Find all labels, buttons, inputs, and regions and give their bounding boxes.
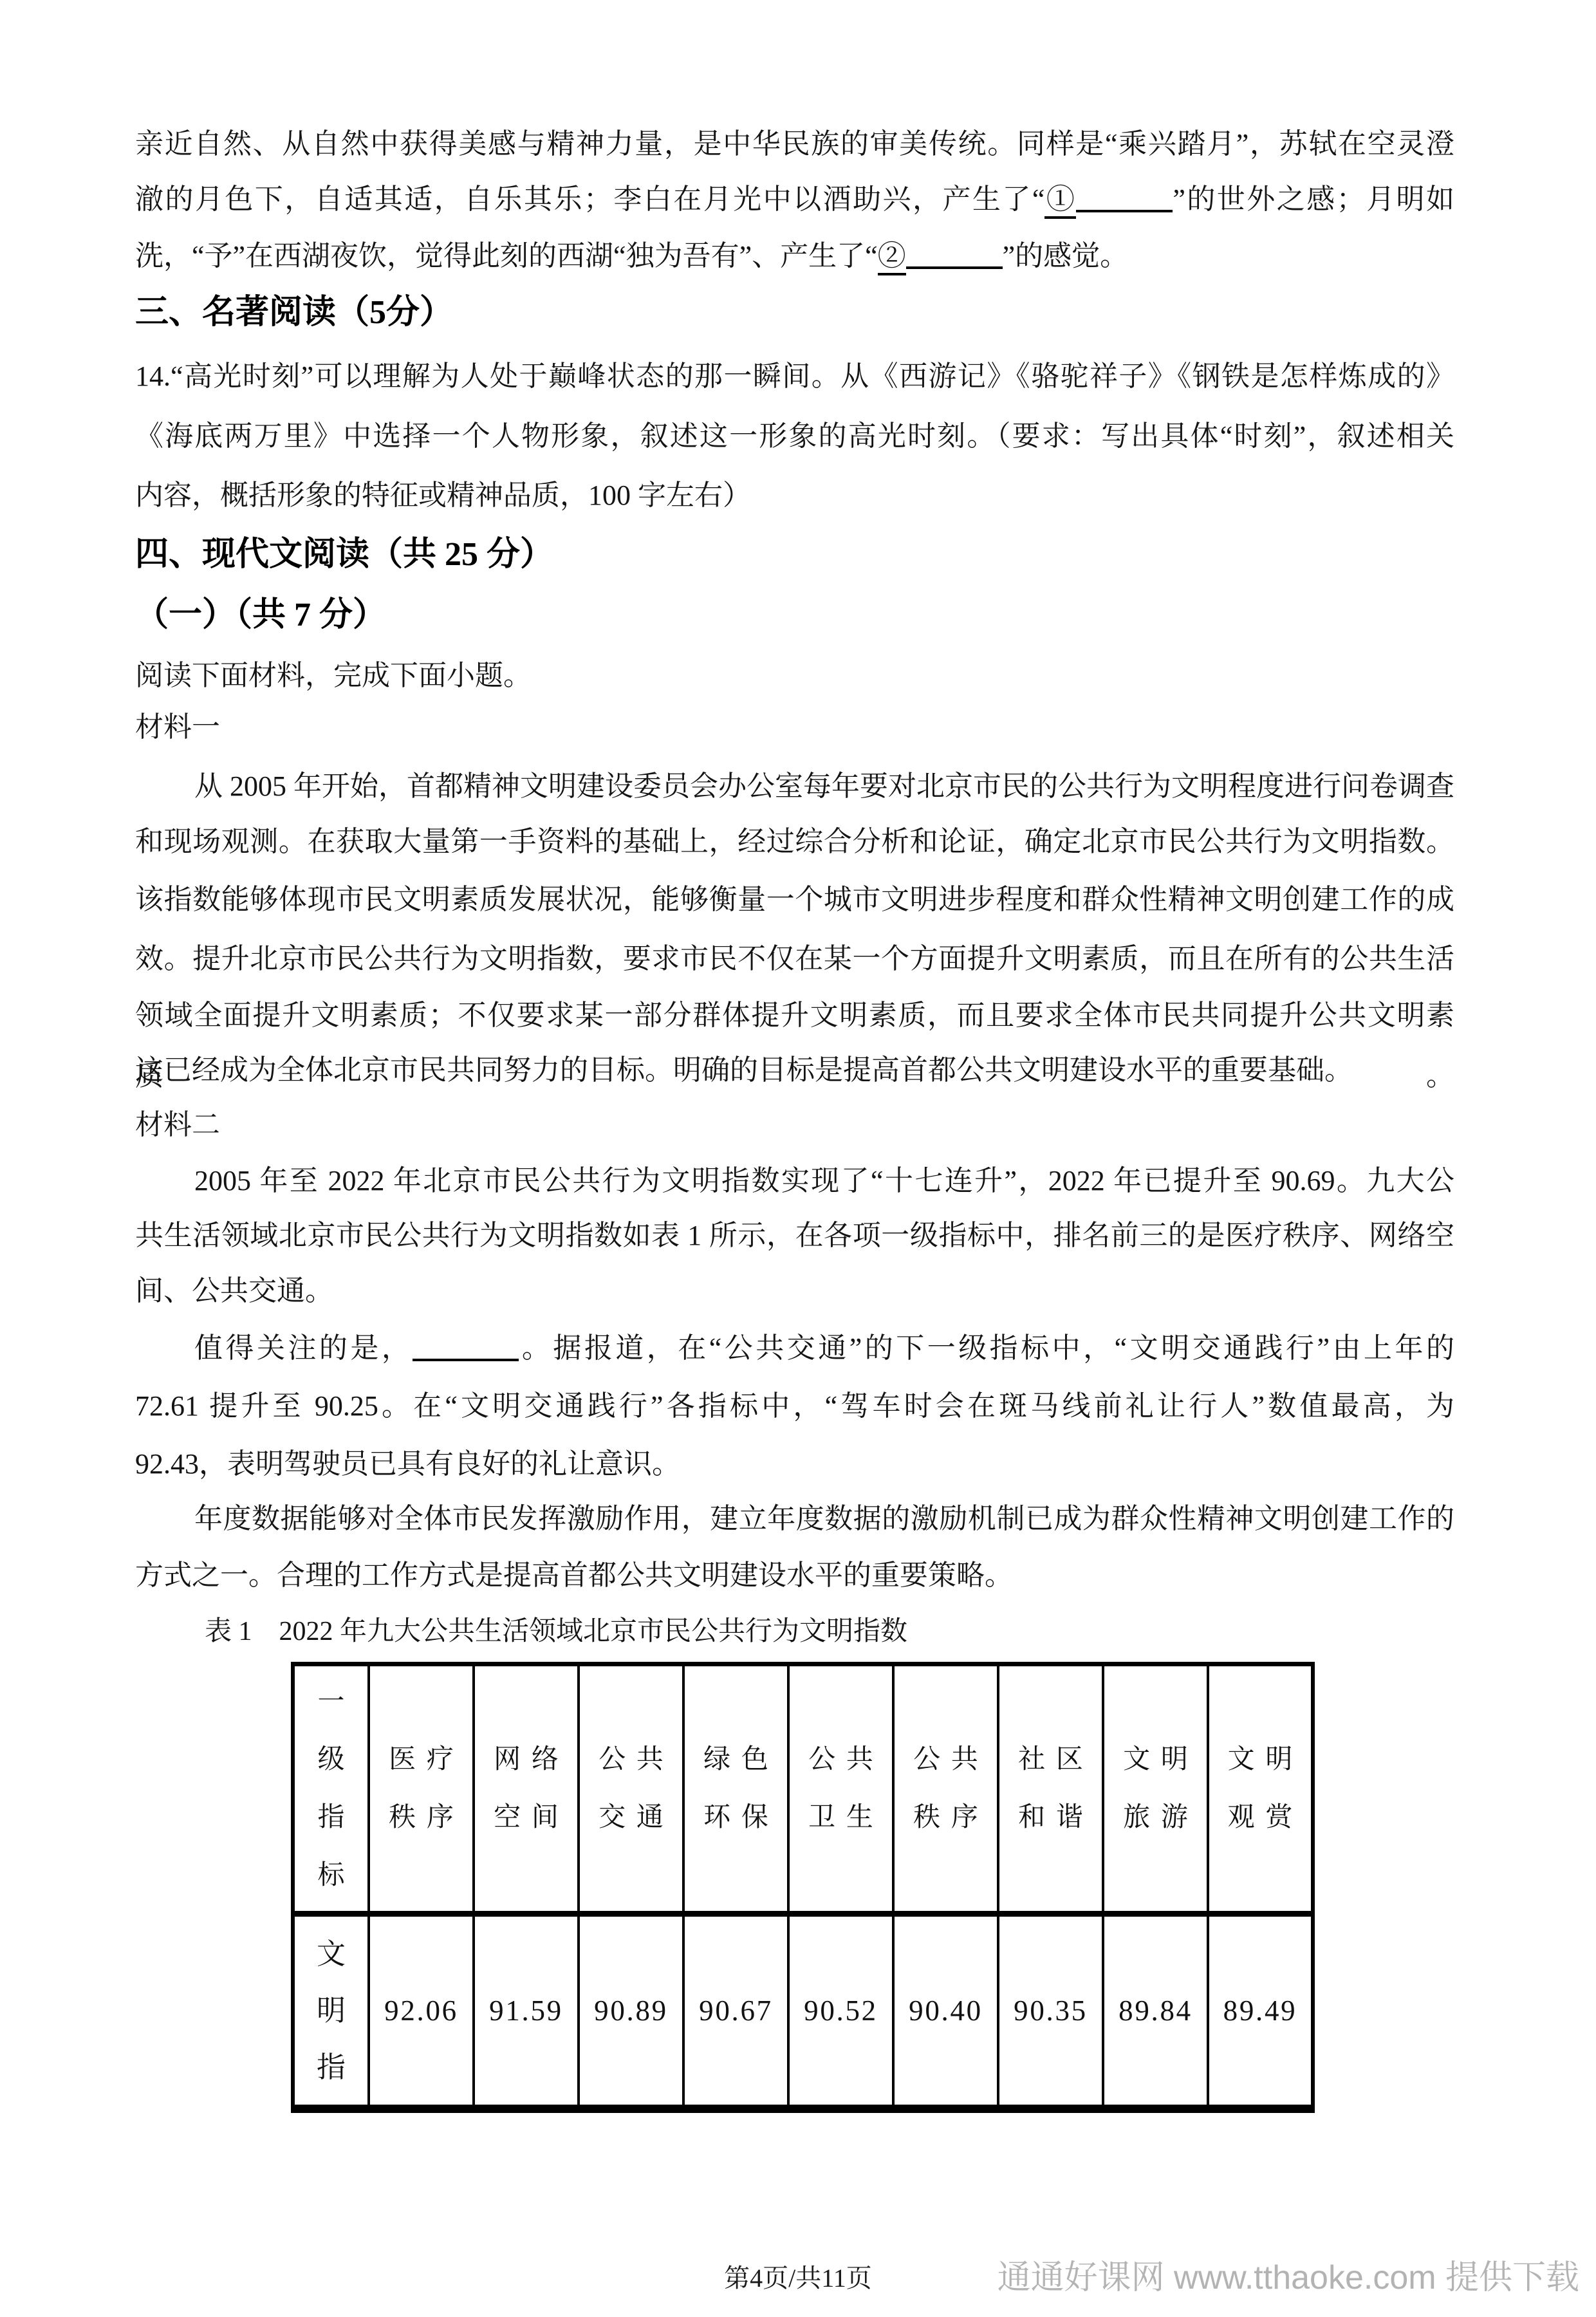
text-segment: 亲近自然、从自然中获得美感与精神力量，是中华民族的审美传统。同样是“乘兴踏月”，…: [135, 128, 1454, 160]
cell-text: 秩序: [389, 1803, 465, 1832]
body-line: 该指数能够体现市民文明素质发展状况，能够衡量一个城市文明进步程度和群众性精神文明…: [135, 870, 1454, 930]
body-line: 从 2005 年开始，首都精神文明建设委员会办公室每年要对北京市民的公共行为文明…: [135, 756, 1454, 817]
cell-text: 和谐: [1018, 1803, 1094, 1832]
table-header-cell: 一级指标: [293, 1664, 369, 1914]
body-line: 年度数据能够对全体市民发挥激励作用，建立年度数据的激励机制已成为群众性精神文明创…: [135, 1489, 1454, 1549]
section-heading-3: 三、名著阅读（5分）: [135, 283, 1454, 343]
answer-blank: [906, 260, 1003, 269]
body-line: 这已经成为全体北京市民共同努力的目标。明确的目标是提高首都公共文明建设水平的重要…: [135, 1040, 1454, 1101]
text-segment: 年度数据能够对全体市民发挥激励作用，建立年度数据的激励机制已成为群众性精神文明创…: [194, 1503, 1454, 1534]
text-segment: 92.43，表明驾驶员已具有良好的礼让意识。: [135, 1448, 680, 1480]
table-header-cell: 社区和谐: [998, 1664, 1103, 1914]
circled-number: ②: [878, 240, 906, 275]
index-value: 90.67: [699, 1995, 773, 2027]
answer-blank: [413, 1352, 519, 1361]
table-header-cell: 公共卫生: [788, 1664, 893, 1914]
text-segment: （一）（共 7 分）: [135, 597, 386, 633]
cell-text: 公共: [808, 1745, 884, 1774]
text-segment: 四、现代文阅读（共 25 分）: [135, 536, 553, 573]
text-segment: 洗，“予”在西湖夜饮，觉得此刻的西湖“独为吾有”、产生了“: [135, 240, 878, 272]
cell-text: 公共: [913, 1745, 989, 1774]
text-segment: ”的感觉。: [1003, 240, 1129, 272]
table-value-cell: 90.40: [893, 1914, 998, 2109]
index-value: 89.49: [1223, 1995, 1297, 2027]
text-segment: 三、名著阅读（5分）: [135, 294, 453, 331]
body-line: 共生活领域北京市民公共行为文明指数如表 1 所示，在各项一级指标中，排名前三的是…: [135, 1205, 1454, 1266]
index-value: 90.35: [1014, 1995, 1088, 2027]
cell-text: 指: [317, 2051, 346, 2083]
cell-text: 观赏: [1228, 1803, 1304, 1832]
body-line: 效。提升北京市民公共行为文明指数，要求市民不仅在某一个方面提升文明素质，而且在所…: [135, 929, 1454, 989]
body-line: 72.61 提升至 90.25。在“文明交通践行”各指标中，“驾车时会在斑马线前…: [135, 1376, 1454, 1437]
text-segment: 间、公共交通。: [135, 1275, 333, 1307]
text-segment: 72.61 提升至 90.25。在“文明交通践行”各指标中，“驾车时会在斑马线前…: [135, 1390, 1454, 1422]
table-value-cell: 89.84: [1103, 1914, 1208, 2109]
body-line: 内容，概括形象的特征或精神品质，100 字左右）: [135, 465, 1454, 526]
cell-text: 标: [317, 1861, 344, 1890]
body-line: 和现场观测。在获取大量第一手资料的基础上，经过综合分析和论证，确定北京市民公共行…: [135, 812, 1454, 872]
index-value: 89.84: [1118, 1995, 1192, 2027]
table-header-cell: 文明旅游: [1103, 1664, 1208, 1914]
table-value-cell: 92.06: [369, 1914, 474, 2109]
civility-index-table: 一级指标医疗秩序网络空间公共交通绿色环保公共卫生公共秩序社区和谐文明旅游文明观赏…: [291, 1662, 1315, 2113]
cell-text: 秩序: [913, 1803, 989, 1832]
body-line: 澈的月色下，自适其适，自乐其乐；李白在月光中以酒助兴，产生了“①”的世外之感；月…: [135, 169, 1454, 230]
table-header-row: 一级指标医疗秩序网络空间公共交通绿色环保公共卫生公共秩序社区和谐文明旅游文明观赏: [293, 1664, 1313, 1914]
table-caption: 表 1 2022 年九大公共生活领域北京市民公共行为文明指数: [135, 1601, 1454, 1662]
table-header-cell: 公共秩序: [893, 1664, 998, 1914]
table-row-label: 文明指: [293, 1914, 369, 2109]
table-value-cell: 90.67: [683, 1914, 788, 2109]
text-segment: 表 1 2022 年九大公共生活领域北京市民公共行为文明指数: [205, 1617, 907, 1646]
text-segment: 方式之一。合理的工作方式是提高首都公共文明建设水平的重要策略。: [135, 1559, 1013, 1591]
body-line: 92.43，表明驾驶员已具有良好的礼让意识。: [135, 1434, 1454, 1494]
index-value: 90.52: [804, 1995, 878, 2027]
text-segment: 澈的月色下，自适其适，自乐其乐；李白在月光中以酒助兴，产生了“: [135, 183, 1044, 215]
text-segment: 《海底两万里》中选择一个人物形象，叙述这一形象的高光时刻。（要求：写出具体“时刻…: [135, 420, 1454, 452]
text-segment: 阅读下面材料，完成下面小题。: [135, 660, 532, 691]
answer-blank: [1076, 203, 1173, 212]
table-header-cell: 公共交通: [579, 1664, 683, 1914]
body-line: 领域全面提升文明素质；不仅要求某一部分群体提升文明素质，而且要求全体市民共同提升…: [135, 985, 1454, 1046]
cell-text: 公共: [598, 1745, 674, 1774]
site-watermark: 通通好课网 www.tthaoke.com 提供下载: [997, 2255, 1579, 2300]
text-segment: ”的世外之感；月明如: [1173, 183, 1454, 215]
text-segment: 。据报道，在“公共交通”的下一级指标中，“文明交通践行”由上年的: [519, 1332, 1454, 1364]
material-1-label: 材料一: [135, 697, 1454, 758]
text-segment: 材料一: [135, 711, 220, 743]
table-value-cell: 90.89: [579, 1914, 683, 2109]
cell-text: 指: [317, 1803, 344, 1832]
index-value: 91.59: [489, 1995, 563, 2027]
cell-text: 一: [317, 1687, 344, 1717]
body-line: 2005 年至 2022 年北京市民公共行为文明指数实现了“十七连升”，2022…: [135, 1151, 1454, 1211]
table-data-row: 文明指92.0691.5990.8990.6790.5290.4090.3589…: [293, 1914, 1313, 2109]
circled-number: ①: [1044, 183, 1076, 219]
table-header-cell: 网络空间: [474, 1664, 579, 1914]
table-value-cell: 89.49: [1208, 1914, 1313, 2109]
cell-text: 环保: [703, 1803, 779, 1832]
cell-text: 文: [317, 1938, 346, 1970]
cell-text: 明: [317, 1995, 346, 2027]
text-segment: 该指数能够体现市民文明素质发展状况，能够衡量一个城市文明进步程度和群众性精神文明…: [135, 884, 1454, 915]
cell-text: 文明: [1228, 1745, 1304, 1774]
text-segment: 这已经成为全体北京市民共同努力的目标。明确的目标是提高首都公共文明建设水平的重要…: [135, 1054, 1353, 1086]
body-line: 值得关注的是，。据报道，在“公共交通”的下一级指标中，“文明交通践行”由上年的: [135, 1318, 1454, 1379]
cell-text: 网络: [494, 1745, 570, 1774]
body-line: 亲近自然、从自然中获得美感与精神力量，是中华民族的审美传统。同样是“乘兴踏月”，…: [135, 114, 1454, 174]
text-segment: 值得关注的是，: [194, 1332, 413, 1364]
cell-text: 空间: [494, 1803, 570, 1832]
table-value-cell: 90.35: [998, 1914, 1103, 2109]
text-segment: 和现场观测。在获取大量第一手资料的基础上，经过综合分析和论证，确定北京市民公共行…: [135, 826, 1454, 857]
material-2-label: 材料二: [135, 1095, 1454, 1155]
index-value: 90.40: [909, 1995, 983, 2027]
body-line: 洗，“予”在西湖夜饮，觉得此刻的西湖“独为吾有”、产生了“②”的感觉。: [135, 226, 1454, 286]
text-segment: 14.“高光时刻”可以理解为人处于巅峰状态的那一瞬间。从《西游记》《骆驼祥子》《…: [135, 360, 1454, 392]
body-line: 方式之一。合理的工作方式是提高首都公共文明建设水平的重要策略。: [135, 1545, 1454, 1606]
cell-text: 医疗: [389, 1745, 465, 1774]
body-line: 间、公共交通。: [135, 1261, 1454, 1321]
index-value: 92.06: [384, 1995, 458, 2027]
cell-text: 卫生: [808, 1803, 884, 1832]
text-segment: 效。提升北京市民公共行为文明指数，要求市民不仅在某一个方面提升文明素质，而且在所…: [135, 943, 1454, 974]
subsection-heading: （一）（共 7 分）: [135, 585, 1454, 646]
cell-text: 旅游: [1123, 1803, 1199, 1832]
table-value-cell: 90.52: [788, 1914, 893, 2109]
exam-page: 亲近自然、从自然中获得美感与精神力量，是中华民族的审美传统。同样是“乘兴踏月”，…: [0, 0, 1596, 2317]
index-value: 90.89: [594, 1995, 668, 2027]
text-segment: 共生活领域北京市民公共行为文明指数如表 1 所示，在各项一级指标中，排名前三的是…: [135, 1220, 1454, 1251]
body-line: 14.“高光时刻”可以理解为人处于巅峰状态的那一瞬间。从《西游记》《骆驼祥子》《…: [135, 346, 1454, 407]
text-segment: 2005 年至 2022 年北京市民公共行为文明指数实现了“十七连升”，2022…: [194, 1165, 1454, 1196]
table-header-cell: 绿色环保: [683, 1664, 788, 1914]
cell-text: 绿色: [703, 1745, 779, 1774]
table-header-cell: 医疗秩序: [369, 1664, 474, 1914]
section-heading-4: 四、现代文阅读（共 25 分）: [135, 525, 1454, 585]
cell-text: 社区: [1018, 1745, 1094, 1774]
table-header-cell: 文明观赏: [1208, 1664, 1313, 1914]
cell-text: 交通: [598, 1803, 674, 1832]
table-value-cell: 91.59: [474, 1914, 579, 2109]
cell-text: 级: [317, 1745, 344, 1774]
text-segment: 内容，概括形象的特征或精神品质，100 字左右）: [135, 479, 751, 511]
text-segment: 材料二: [135, 1109, 220, 1140]
text-segment: 从 2005 年开始，首都精神文明建设委员会办公室每年要对北京市民的公共行为文明…: [194, 770, 1454, 802]
cell-text: 文明: [1123, 1745, 1199, 1774]
body-line: 《海底两万里》中选择一个人物形象，叙述这一形象的高光时刻。（要求：写出具体“时刻…: [135, 406, 1454, 467]
